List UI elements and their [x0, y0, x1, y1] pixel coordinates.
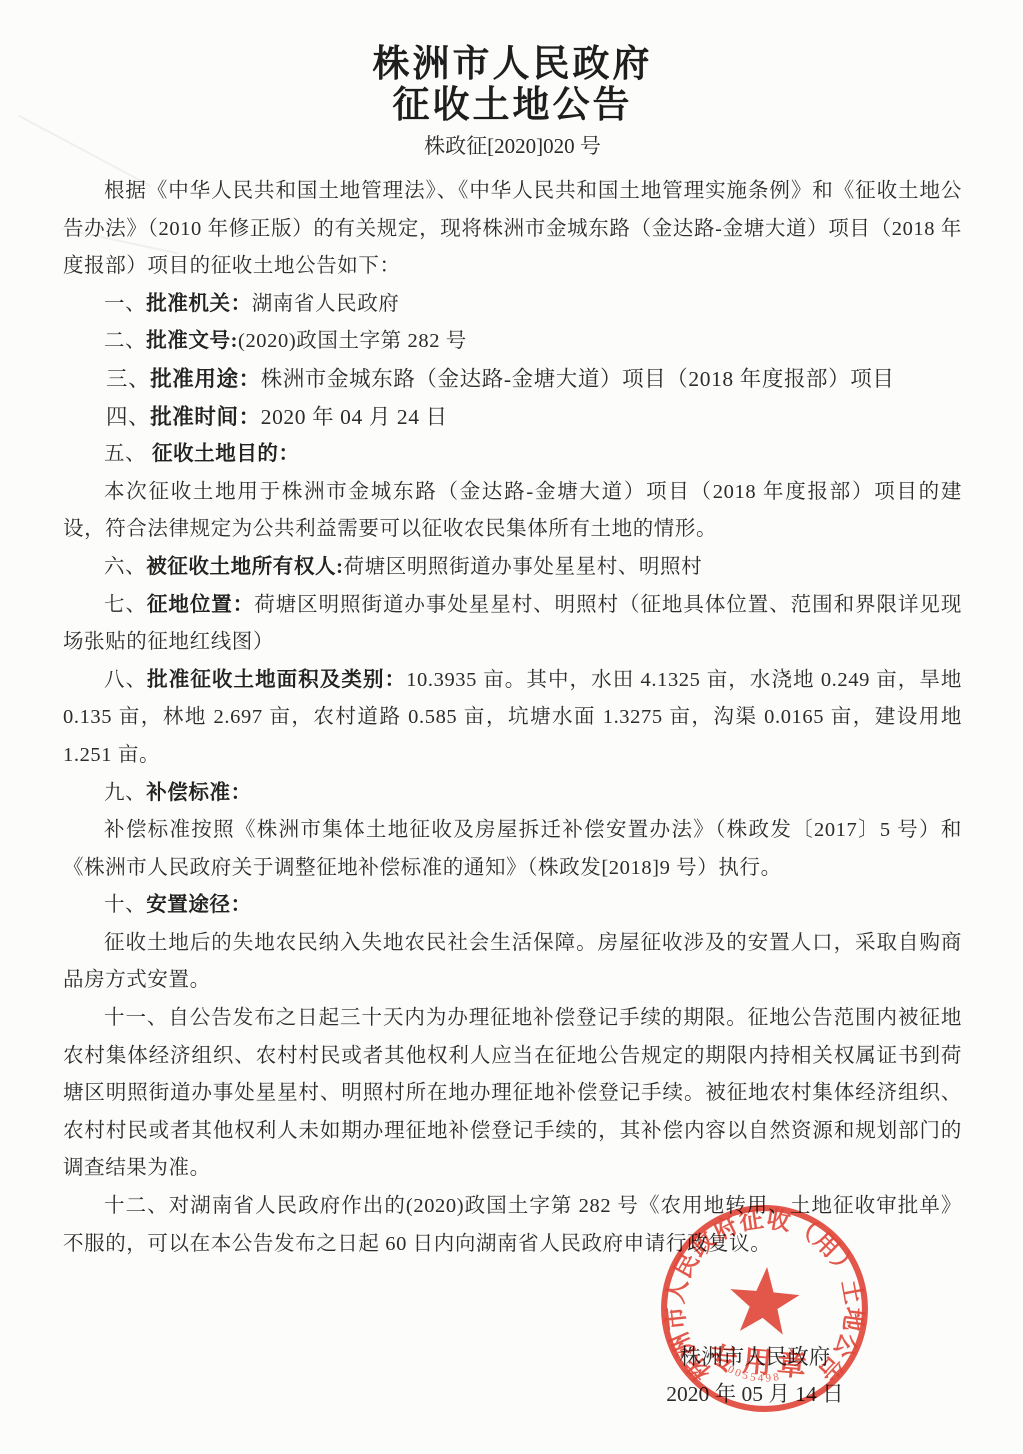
title-line-2: 征收土地公告	[63, 85, 962, 126]
paragraph-text: 四、	[106, 405, 150, 429]
paragraph-text: 湖南省人民政府	[252, 293, 400, 315]
paragraph-text: 十、	[104, 894, 146, 916]
paragraph-text: 荷塘区明照街道办事处星星村、明照村	[344, 556, 703, 578]
paragraph-text: 六、	[104, 556, 146, 578]
paragraph-text: 2020 年 04 月 24 日	[261, 405, 448, 429]
paragraph-label: 征收土地目的：	[152, 443, 300, 465]
paragraph-label: 安置途径：	[146, 894, 252, 916]
official-seal: 株洲市人民政府征收（用）土地公告 专用章 4320055498	[658, 1202, 871, 1415]
star-icon	[727, 1264, 802, 1336]
paragraph-text: 八、	[104, 669, 147, 691]
paragraph-text: 九、	[104, 782, 146, 804]
paragraph-label: 补偿标准：	[146, 782, 252, 804]
paragraph-label: 批准文号:	[146, 330, 238, 352]
paragraph-text: 十一、自公告发布之日起三十天内为办理征地补偿登记手续的期限。征地公告范围内被征地…	[63, 1007, 962, 1179]
paragraph: 根据《中华人民共和国土地管理法》、《中华人民共和国土地管理实施条例》和《征收土地…	[63, 173, 962, 286]
paragraph-label: 批准机关：	[146, 293, 252, 315]
paragraph: 一、批准机关：湖南省人民政府	[63, 286, 962, 324]
paragraph-label: 批准用途：	[150, 367, 261, 391]
paragraph: 六、被征收土地所有权人:荷塘区明照街道办事处星星村、明照村	[63, 549, 962, 587]
title-line-1: 株洲市人民政府	[63, 44, 962, 85]
paragraph-label: 征地位置：	[147, 594, 254, 616]
paragraph-text: 根据《中华人民共和国土地管理法》、《中华人民共和国土地管理实施条例》和《征收土地…	[63, 180, 962, 277]
paragraph-label: 被征收土地所有权人:	[146, 556, 343, 578]
paragraph-label: 批准时间：	[150, 405, 261, 429]
paragraph-text: 本次征收土地用于株洲市金城东路（金达路-金塘大道）项目（2018 年度报部）项目…	[63, 481, 962, 541]
paragraph: 本次征收土地用于株洲市金城东路（金达路-金塘大道）项目（2018 年度报部）项目…	[63, 474, 962, 549]
seal-group: 株洲市人民政府征收（用）土地公告 专用章 4320055498	[658, 1202, 871, 1415]
document-number: 株政征[2020]020 号	[63, 131, 962, 161]
paragraph: 二、批准文号:(2020)政国土字第 282 号	[63, 323, 962, 361]
paragraph-text: 补偿标准按照《株洲市集体土地征收及房屋拆迁补偿安置办法》（株政发〔2017〕5 …	[63, 819, 962, 879]
paragraph-text: 二、	[104, 330, 146, 352]
paragraph-text: 一、	[104, 293, 146, 315]
paragraph: 征收土地后的失地农民纳入失地农民社会生活保障。房屋征收涉及的安置人口，采取自购商…	[63, 925, 962, 1000]
paragraph: 十、安置途径：	[63, 887, 962, 925]
paragraph-text: 七、	[104, 594, 147, 616]
paragraph: 八、批准征收土地面积及类别：10.3935 亩。其中，水田 4.1325 亩，水…	[63, 662, 962, 775]
paragraph: 补偿标准按照《株洲市集体土地征收及房屋拆迁补偿安置办法》（株政发〔2017〕5 …	[63, 812, 962, 887]
paragraph: 九、补偿标准：	[63, 775, 962, 813]
paragraph-text: 三、	[106, 367, 150, 391]
document-page: 株洲市人民政府 征收土地公告 株政征[2020]020 号 根据《中华人民共和国…	[0, 0, 1023, 1454]
paragraph: 十一、自公告发布之日起三十天内为办理征地补偿登记手续的期限。征地公告范围内被征地…	[63, 1000, 962, 1188]
paragraph: 五、 征收土地目的：	[63, 436, 962, 474]
paragraph-text: (2020)政国土字第 282 号	[238, 330, 467, 352]
paragraph: 四、批准时间：2020 年 04 月 24 日	[63, 399, 962, 437]
paragraph-text: 征收土地后的失地农民纳入失地农民社会生活保障。房屋征收涉及的安置人口，采取自购商…	[63, 932, 962, 992]
body-paragraphs: 根据《中华人民共和国土地管理法》、《中华人民共和国土地管理实施条例》和《征收土地…	[63, 173, 962, 1263]
document-content: 株洲市人民政府 征收土地公告 株政征[2020]020 号 根据《中华人民共和国…	[63, 44, 962, 1263]
paragraph-text: 株洲市金城东路（金达路-金塘大道）项目（2018 年度报部）项目	[261, 367, 895, 391]
paragraph-text: 五、	[104, 443, 152, 465]
paragraph: 七、征地位置：荷塘区明照街道办事处星星村、明照村（征地具体位置、范围和界限详见现…	[63, 587, 962, 662]
paragraph: 三、批准用途：株洲市金城东路（金达路-金塘大道）项目（2018 年度报部）项目	[63, 361, 962, 399]
paragraph-label: 批准征收土地面积及类别：	[147, 669, 406, 691]
